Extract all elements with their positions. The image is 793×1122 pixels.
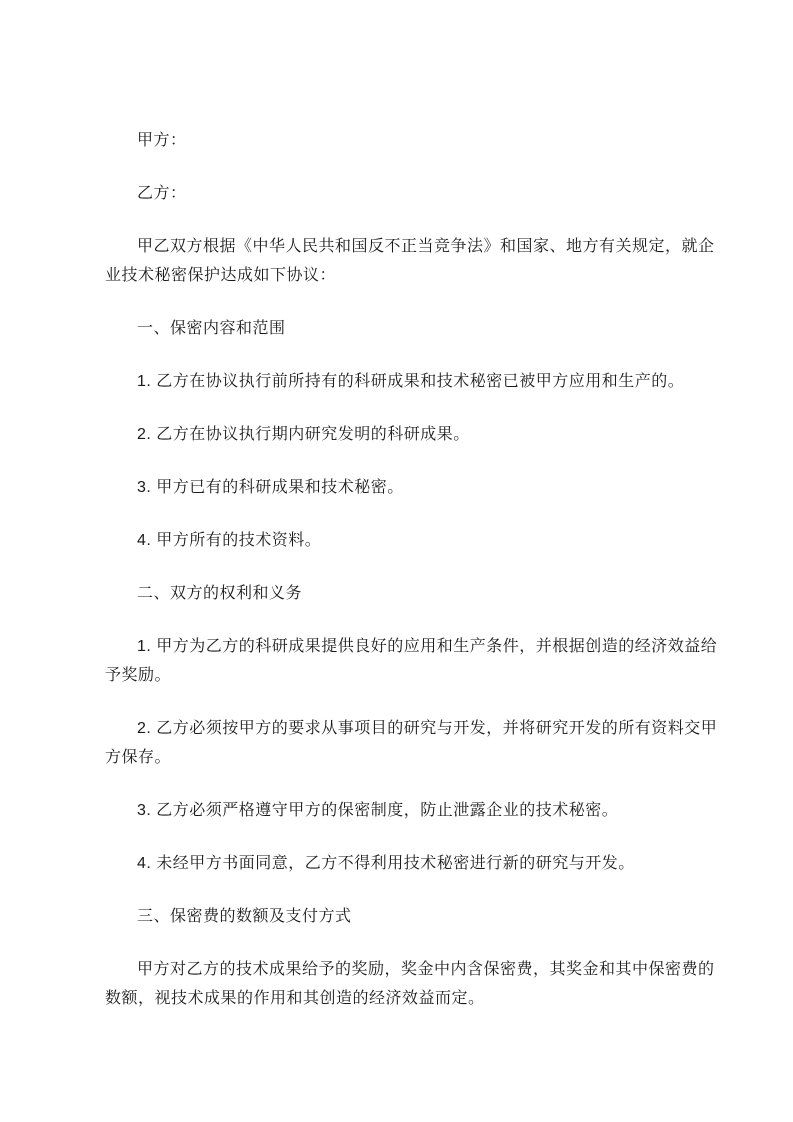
paragraph-line: 2. 乙方在协议执行期内研究发明的科研成果。 xyxy=(105,420,705,449)
paragraph: 甲乙双方根据《中华人民共和国反不正当竞争法》和国家、地方有关规定，就企业技术秘密… xyxy=(105,232,705,290)
paragraph: 乙方： xyxy=(105,179,705,208)
paragraph: 甲方对乙方的技术成果给予的奖励，奖金中内含保密费，其奖金和其中保密费的数额，视技… xyxy=(105,955,705,1013)
paragraph: 甲方： xyxy=(105,126,705,155)
paragraph: 三、保密费的数额及支付方式 xyxy=(105,902,705,931)
paragraph-line: 甲方对乙方的技术成果给予的奖励，奖金中内含保密费，其奖金和其中保密费的 xyxy=(105,955,705,984)
paragraph: 3. 甲方已有的科研成果和技术秘密。 xyxy=(105,473,705,502)
paragraph-line: 三、保密费的数额及支付方式 xyxy=(105,902,705,931)
paragraph-line: 方保存。 xyxy=(105,743,705,772)
document-body: 甲方：乙方：甲乙双方根据《中华人民共和国反不正当竞争法》和国家、地方有关规定，就… xyxy=(105,126,705,1037)
paragraph: 4. 甲方所有的技术资料。 xyxy=(105,526,705,555)
paragraph-line: 予奖励。 xyxy=(105,661,705,690)
paragraph-line: 1. 乙方在协议执行前所持有的科研成果和技术秘密已被甲方应用和生产的。 xyxy=(105,367,705,396)
paragraph-line: 业技术秘密保护达成如下协议： xyxy=(105,261,705,290)
paragraph-line: 3. 甲方已有的科研成果和技术秘密。 xyxy=(105,473,705,502)
paragraph: 一、保密内容和范围 xyxy=(105,314,705,343)
paragraph-line: 4. 甲方所有的技术资料。 xyxy=(105,526,705,555)
paragraph: 1. 甲方为乙方的科研成果提供良好的应用和生产条件，并根据创造的经济效益给予奖励… xyxy=(105,632,705,690)
paragraph-line: 甲方： xyxy=(105,126,705,155)
paragraph: 4. 未经甲方书面同意，乙方不得利用技术秘密进行新的研究与开发。 xyxy=(105,849,705,878)
paragraph-line: 数额，视技术成果的作用和其创造的经济效益而定。 xyxy=(105,984,705,1013)
paragraph: 1. 乙方在协议执行前所持有的科研成果和技术秘密已被甲方应用和生产的。 xyxy=(105,367,705,396)
paragraph: 3. 乙方必须严格遵守甲方的保密制度，防止泄露企业的技术秘密。 xyxy=(105,796,705,825)
document-page: 甲方：乙方：甲乙双方根据《中华人民共和国反不正当竞争法》和国家、地方有关规定，就… xyxy=(0,0,793,1122)
paragraph-line: 4. 未经甲方书面同意，乙方不得利用技术秘密进行新的研究与开发。 xyxy=(105,849,705,878)
paragraph-line: 3. 乙方必须严格遵守甲方的保密制度，防止泄露企业的技术秘密。 xyxy=(105,796,705,825)
paragraph: 二、双方的权利和义务 xyxy=(105,579,705,608)
paragraph-line: 1. 甲方为乙方的科研成果提供良好的应用和生产条件，并根据创造的经济效益给 xyxy=(105,632,705,661)
paragraph: 2. 乙方在协议执行期内研究发明的科研成果。 xyxy=(105,420,705,449)
paragraph-line: 一、保密内容和范围 xyxy=(105,314,705,343)
paragraph-line: 2. 乙方必须按甲方的要求从事项目的研究与开发，并将研究开发的所有资料交甲 xyxy=(105,714,705,743)
paragraph-line: 甲乙双方根据《中华人民共和国反不正当竞争法》和国家、地方有关规定，就企 xyxy=(105,232,705,261)
paragraph-line: 乙方： xyxy=(105,179,705,208)
paragraph: 2. 乙方必须按甲方的要求从事项目的研究与开发，并将研究开发的所有资料交甲方保存… xyxy=(105,714,705,772)
paragraph-line: 二、双方的权利和义务 xyxy=(105,579,705,608)
